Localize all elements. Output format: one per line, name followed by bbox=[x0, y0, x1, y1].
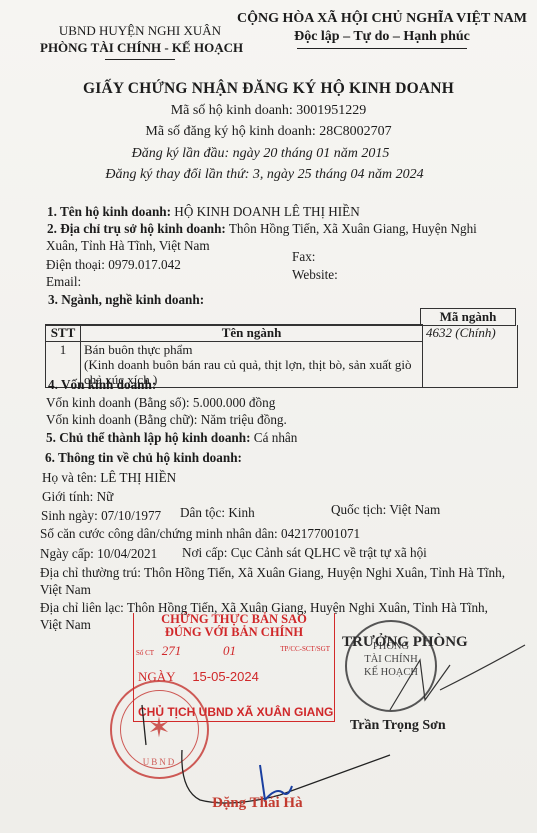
stamp-book-suffix: TP/CC-SCT/SGT bbox=[280, 645, 330, 653]
owner-nationality: Quốc tịch: Việt Nam bbox=[331, 502, 440, 518]
owner-contact-address-2: Việt Nam bbox=[40, 617, 91, 633]
stamp-book-number: 271 bbox=[162, 643, 182, 658]
capital-number: Vốn kinh doanh (Bằng số): 5.000.000 đồng bbox=[46, 395, 275, 411]
owner-permanent-address-2: Việt Nam bbox=[40, 582, 91, 598]
business-name-value: HỘ KINH DOANH LÊ THỊ HIỀN bbox=[171, 204, 360, 219]
business-fax: Fax: bbox=[292, 249, 315, 265]
business-website: Website: bbox=[292, 267, 338, 283]
industry-name-line-2: (Kinh doanh buôn bán rau củ quả, thịt lợ… bbox=[84, 357, 419, 372]
national-motto: Độc lập – Tự do – Hạnh phúc bbox=[232, 28, 532, 46]
stamp-book-row: Số CT 271 01 TP/CC-SCT/SGT bbox=[136, 643, 332, 659]
change-registration-date: Đăng ký thay đổi lần thứ: 3, ngày 25 thá… bbox=[0, 167, 533, 183]
owner-id-issue-place: Nơi cấp: Cục Cảnh sát QLHC về trật tự xã… bbox=[182, 545, 427, 561]
table-header-row: STT Tên ngành 4632 (Chính) bbox=[46, 325, 518, 342]
business-address-value-2: Xuân, Tỉnh Hà Tĩnh, Việt Nam bbox=[46, 238, 210, 254]
column-header-code: Mã ngành bbox=[421, 309, 516, 326]
industry-code-cell: 4632 (Chính) bbox=[423, 325, 518, 388]
business-email: Email: bbox=[46, 274, 81, 290]
commune-signer-name: Đặng Thái Hà bbox=[212, 795, 303, 812]
business-address-row: 2. Địa chỉ trụ sở hộ kinh doanh: Thôn Hồ… bbox=[47, 221, 477, 237]
national-motto-header: CỘNG HÒA XÃ HỘI CHỦ NGHĨA VIỆT NAM Độc l… bbox=[232, 10, 532, 49]
first-registration-date: Đăng ký lần đầu: ngày 20 tháng 01 năm 20… bbox=[0, 146, 529, 162]
commune-signature-icon bbox=[120, 700, 420, 810]
national-name: CỘNG HÒA XÃ HỘI CHỦ NGHĨA VIỆT NAM bbox=[232, 10, 532, 28]
document-title: GIẤY CHỨNG NHẬN ĐĂNG KÝ HỘ KINH DOANH bbox=[0, 80, 537, 98]
owner-id-issue-date: Ngày cấp: 10/04/2021 bbox=[40, 546, 157, 562]
business-address-label: 2. Địa chỉ trụ sở hộ kinh doanh: bbox=[47, 221, 226, 236]
owner-permanent-address-1: Địa chỉ thường trú: Thôn Hồng Tiến, Xã X… bbox=[40, 565, 505, 581]
authority-line-2: PHÒNG TÀI CHÍNH - KẾ HOẠCH bbox=[40, 39, 240, 56]
stamp-date-value: 15-05-2024 bbox=[192, 669, 259, 684]
business-address-value-1: Thôn Hồng Tiến, Xã Xuân Giang, Huyện Ngh… bbox=[226, 221, 477, 236]
motto-underline bbox=[297, 48, 467, 49]
column-header-stt: STT bbox=[46, 325, 81, 342]
owner-ethnicity: Dân tộc: Kinh bbox=[180, 505, 255, 521]
certificate-page: UBND HUYỆN NGHI XUÂN PHÒNG TÀI CHÍNH - K… bbox=[0, 0, 537, 833]
owner-id-number: Số căn cước công dân/chứng minh nhân dân… bbox=[40, 526, 360, 542]
household-code: Mã số hộ kinh doanh: 3001951229 bbox=[0, 103, 537, 119]
authority-line-1: UBND HUYỆN NGHI XUÂN bbox=[40, 22, 240, 39]
industry-name-line-1: Bán buôn thực phẩm bbox=[84, 342, 419, 357]
owner-gender: Giới tính: Nữ bbox=[42, 489, 113, 505]
stamp-book-prefix: Số CT bbox=[136, 649, 154, 657]
stamp-line-2: ĐÚNG VỚI BẢN CHÍNH bbox=[134, 626, 334, 639]
stamp-date-row: NGÀY 15-05-2024 bbox=[138, 669, 259, 685]
column-header-name: Tên ngành bbox=[81, 325, 423, 342]
authority-underline bbox=[105, 59, 175, 60]
capital-label: 4. Vốn kinh doanh: bbox=[48, 377, 156, 393]
stamp-book-volume: 01 bbox=[223, 643, 236, 658]
business-name-label: 1. Tên hộ kinh doanh: bbox=[47, 204, 171, 219]
founder-type-row: 5. Chủ thể thành lập hộ kinh doanh: Cá n… bbox=[46, 430, 297, 446]
owner-info-label: 6. Thông tin về chủ hộ kinh doanh: bbox=[45, 450, 242, 466]
founder-type-value: Cá nhân bbox=[251, 430, 298, 445]
business-lines-label: 3. Ngành, nghề kinh doanh: bbox=[48, 292, 204, 308]
registration-code: Mã số đăng ký hộ kinh doanh: 28C8002707 bbox=[0, 124, 537, 140]
business-name-row: 1. Tên hộ kinh doanh: HỘ KINH DOANH LÊ T… bbox=[47, 204, 360, 220]
business-phone: Điện thoại: 0979.017.042 bbox=[46, 257, 181, 273]
stamp-date-label: NGÀY bbox=[138, 669, 175, 684]
owner-dob: Sinh ngày: 07/10/1977 bbox=[41, 508, 161, 524]
capital-words: Vốn kinh doanh (Bằng chữ): Năm triệu đồn… bbox=[46, 412, 287, 428]
owner-full-name: Họ và tên: LÊ THỊ HIỀN bbox=[42, 470, 176, 486]
founder-type-label: 5. Chủ thể thành lập hộ kinh doanh: bbox=[46, 430, 251, 445]
issuing-authority-header: UBND HUYỆN NGHI XUÂN PHÒNG TÀI CHÍNH - K… bbox=[40, 22, 240, 60]
